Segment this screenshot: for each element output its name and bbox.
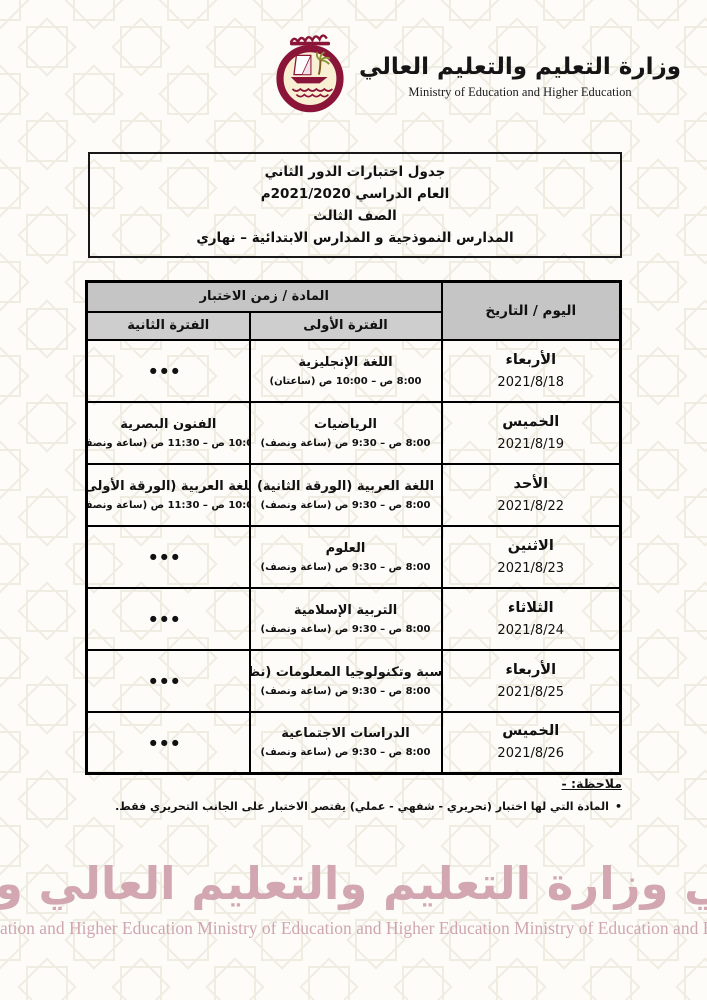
subject-name: اللغة الإنجليزية xyxy=(298,355,392,370)
period2-cell: ●●● xyxy=(86,712,249,774)
day-name: الأربعاء xyxy=(505,352,556,368)
period1-cell: الحوسبة وتكنولوجيا المعلومات (نظري)8:00 … xyxy=(250,650,442,712)
ministry-name-english: Ministry of Education and Higher Educati… xyxy=(359,85,681,100)
header-period-2: الفترة الثانية xyxy=(86,312,249,340)
period1-cell: الدراسات الاجتماعية8:00 ص – 9:30 ص (ساعة… xyxy=(250,712,442,774)
period1-cell: اللغة العربية (الورقة الثانية)8:00 ص – 9… xyxy=(250,464,442,526)
note-section: ملاحظة: - •المادة التي لها اختبار (تحرير… xyxy=(88,773,622,813)
subject-name: العلوم xyxy=(326,541,366,556)
no-exam-dots: ●●● xyxy=(150,676,187,685)
day-cell: الأربعاء2021/8/25 xyxy=(442,650,621,712)
no-exam-dots: ●●● xyxy=(150,614,187,623)
subject-name: التربية الإسلامية xyxy=(294,603,397,618)
subject-name: الدراسات الاجتماعية xyxy=(281,726,410,741)
grade-level: الصف الثالث xyxy=(313,208,396,224)
day-date: 2021/8/24 xyxy=(497,623,564,638)
exam-schedule-table: اليوم / التاريخ المادة / زمن الاختبار ال… xyxy=(85,280,622,775)
table-row: الخميس2021/8/26 الدراسات الاجتماعية8:00 … xyxy=(86,712,620,774)
table-row: الخميس2021/8/19 الرياضيات8:00 ص – 9:30 ص… xyxy=(86,402,620,464)
day-name: الأحد xyxy=(513,476,548,492)
subject-name: الحوسبة وتكنولوجيا المعلومات (نظري) xyxy=(250,665,442,680)
subject-time: 8:00 ص – 9:30 ص (ساعة ونصف) xyxy=(261,438,431,449)
table-row: الثلاثاء2021/8/24 التربية الإسلامية8:00 … xyxy=(86,588,620,650)
subject-time: 8:00 ص – 9:30 ص (ساعة ونصف) xyxy=(261,747,431,758)
school-type: المدارس النموذجية و المدارس الابتدائية –… xyxy=(196,230,513,246)
period2-cell: ●●● xyxy=(86,526,249,588)
subject-name: الرياضيات xyxy=(314,417,377,432)
watermark-english: Ministry of Education and Higher Educati… xyxy=(0,918,707,939)
subject-time: 10:00 ص – 11:30 ص (ساعة ونصف) xyxy=(86,438,249,449)
day-cell: الاثنين2021/8/23 xyxy=(442,526,621,588)
day-date: 2021/8/19 xyxy=(497,437,564,452)
period1-cell: التربية الإسلامية8:00 ص – 9:30 ص (ساعة و… xyxy=(250,588,442,650)
note-bullet-line: •المادة التي لها اختبار (تحريري - شفهي -… xyxy=(88,800,622,813)
day-cell: الثلاثاء2021/8/24 xyxy=(442,588,621,650)
subject-name: اللغة العربية (الورقة الأولى) xyxy=(86,479,249,494)
note-label: ملاحظة: - xyxy=(561,776,622,791)
day-date: 2021/8/26 xyxy=(497,746,564,761)
exam-table-container: اليوم / التاريخ المادة / زمن الاختبار ال… xyxy=(88,280,622,775)
period2-cell: ●●● xyxy=(86,588,249,650)
period1-cell: اللغة الإنجليزية8:00 ص – 10:00 ص (ساعتان… xyxy=(250,340,442,402)
day-name: الخميس xyxy=(502,723,559,739)
footer-watermark-band: وزارة التعليم والتعليم العالي وزارة التع… xyxy=(0,848,707,958)
day-name: الأربعاء xyxy=(505,662,556,678)
period2-cell: ●●● xyxy=(86,650,249,712)
exam-schedule-title-box: جدول اختبارات الدور الثاني العام الدراسي… xyxy=(88,152,622,258)
day-name: الثلاثاء xyxy=(508,600,554,616)
day-name: الخميس xyxy=(502,414,559,430)
ministry-header: وزارة التعليم والتعليم العالي Ministry o… xyxy=(269,33,681,113)
period2-cell: ●●● xyxy=(86,340,249,402)
qatar-state-emblem-icon xyxy=(269,33,351,113)
header-period-1: الفترة الأولى xyxy=(250,312,442,340)
watermark-arabic: وزارة التعليم والتعليم العالي وزارة التع… xyxy=(0,848,707,920)
document-page: وزارة التعليم والتعليم العالي Ministry o… xyxy=(0,0,707,1000)
subject-name: الفنون البصرية xyxy=(120,417,216,432)
period2-cell: اللغة العربية (الورقة الأولى)10:00 ص – 1… xyxy=(86,464,249,526)
period2-cell: الفنون البصرية10:00 ص – 11:30 ص (ساعة ون… xyxy=(86,402,249,464)
no-exam-dots: ●●● xyxy=(150,738,187,747)
subject-name: اللغة العربية (الورقة الثانية) xyxy=(257,479,434,494)
subject-time: 8:00 ص – 9:30 ص (ساعة ونصف) xyxy=(261,624,431,635)
day-cell: الأربعاء2021/8/18 xyxy=(442,340,621,402)
day-cell: الخميس2021/8/26 xyxy=(442,712,621,774)
table-row: الاثنين2021/8/23 العلوم8:00 ص – 9:30 ص (… xyxy=(86,526,620,588)
no-exam-dots: ●●● xyxy=(150,366,187,375)
day-cell: الأحد2021/8/22 xyxy=(442,464,621,526)
subject-time: 8:00 ص – 10:00 ص (ساعتان) xyxy=(270,376,422,387)
period1-cell: العلوم8:00 ص – 9:30 ص (ساعة ونصف) xyxy=(250,526,442,588)
table-row: الأربعاء2021/8/18 اللغة الإنجليزية8:00 ص… xyxy=(86,340,620,402)
table-row: الأربعاء2021/8/25 الحوسبة وتكنولوجيا الم… xyxy=(86,650,620,712)
day-date: 2021/8/18 xyxy=(497,375,564,390)
ministry-header-text: وزارة التعليم والتعليم العالي Ministry o… xyxy=(359,46,681,100)
subject-time: 8:00 ص – 9:30 ص (ساعة ونصف) xyxy=(261,500,431,511)
schedule-title: جدول اختبارات الدور الثاني xyxy=(265,164,446,180)
table-row: الأحد2021/8/22 اللغة العربية (الورقة الث… xyxy=(86,464,620,526)
subject-time: 8:00 ص – 9:30 ص (ساعة ونصف) xyxy=(261,562,431,573)
day-cell: الخميس2021/8/19 xyxy=(442,402,621,464)
table-header-row-1: اليوم / التاريخ المادة / زمن الاختبار xyxy=(86,282,620,312)
subject-time: 8:00 ص – 9:30 ص (ساعة ونصف) xyxy=(261,686,431,697)
ministry-name-arabic: وزارة التعليم والتعليم العالي xyxy=(359,52,681,83)
day-name: الاثنين xyxy=(508,538,554,554)
header-day-date: اليوم / التاريخ xyxy=(442,282,621,340)
period1-cell: الرياضيات8:00 ص – 9:30 ص (ساعة ونصف) xyxy=(250,402,442,464)
academic-year: العام الدراسي 2021/2020م xyxy=(261,186,450,202)
no-exam-dots: ●●● xyxy=(150,552,187,561)
day-date: 2021/8/25 xyxy=(497,685,564,700)
header-subject-time: المادة / زمن الاختبار xyxy=(86,282,441,312)
day-date: 2021/8/22 xyxy=(497,499,564,514)
subject-time: 10:00 ص – 11:30 ص (ساعة ونصف) xyxy=(86,500,249,511)
bullet-icon: • xyxy=(615,800,622,813)
note-text: المادة التي لها اختبار (تحريري - شفهي - … xyxy=(115,800,609,813)
day-date: 2021/8/23 xyxy=(497,561,564,576)
